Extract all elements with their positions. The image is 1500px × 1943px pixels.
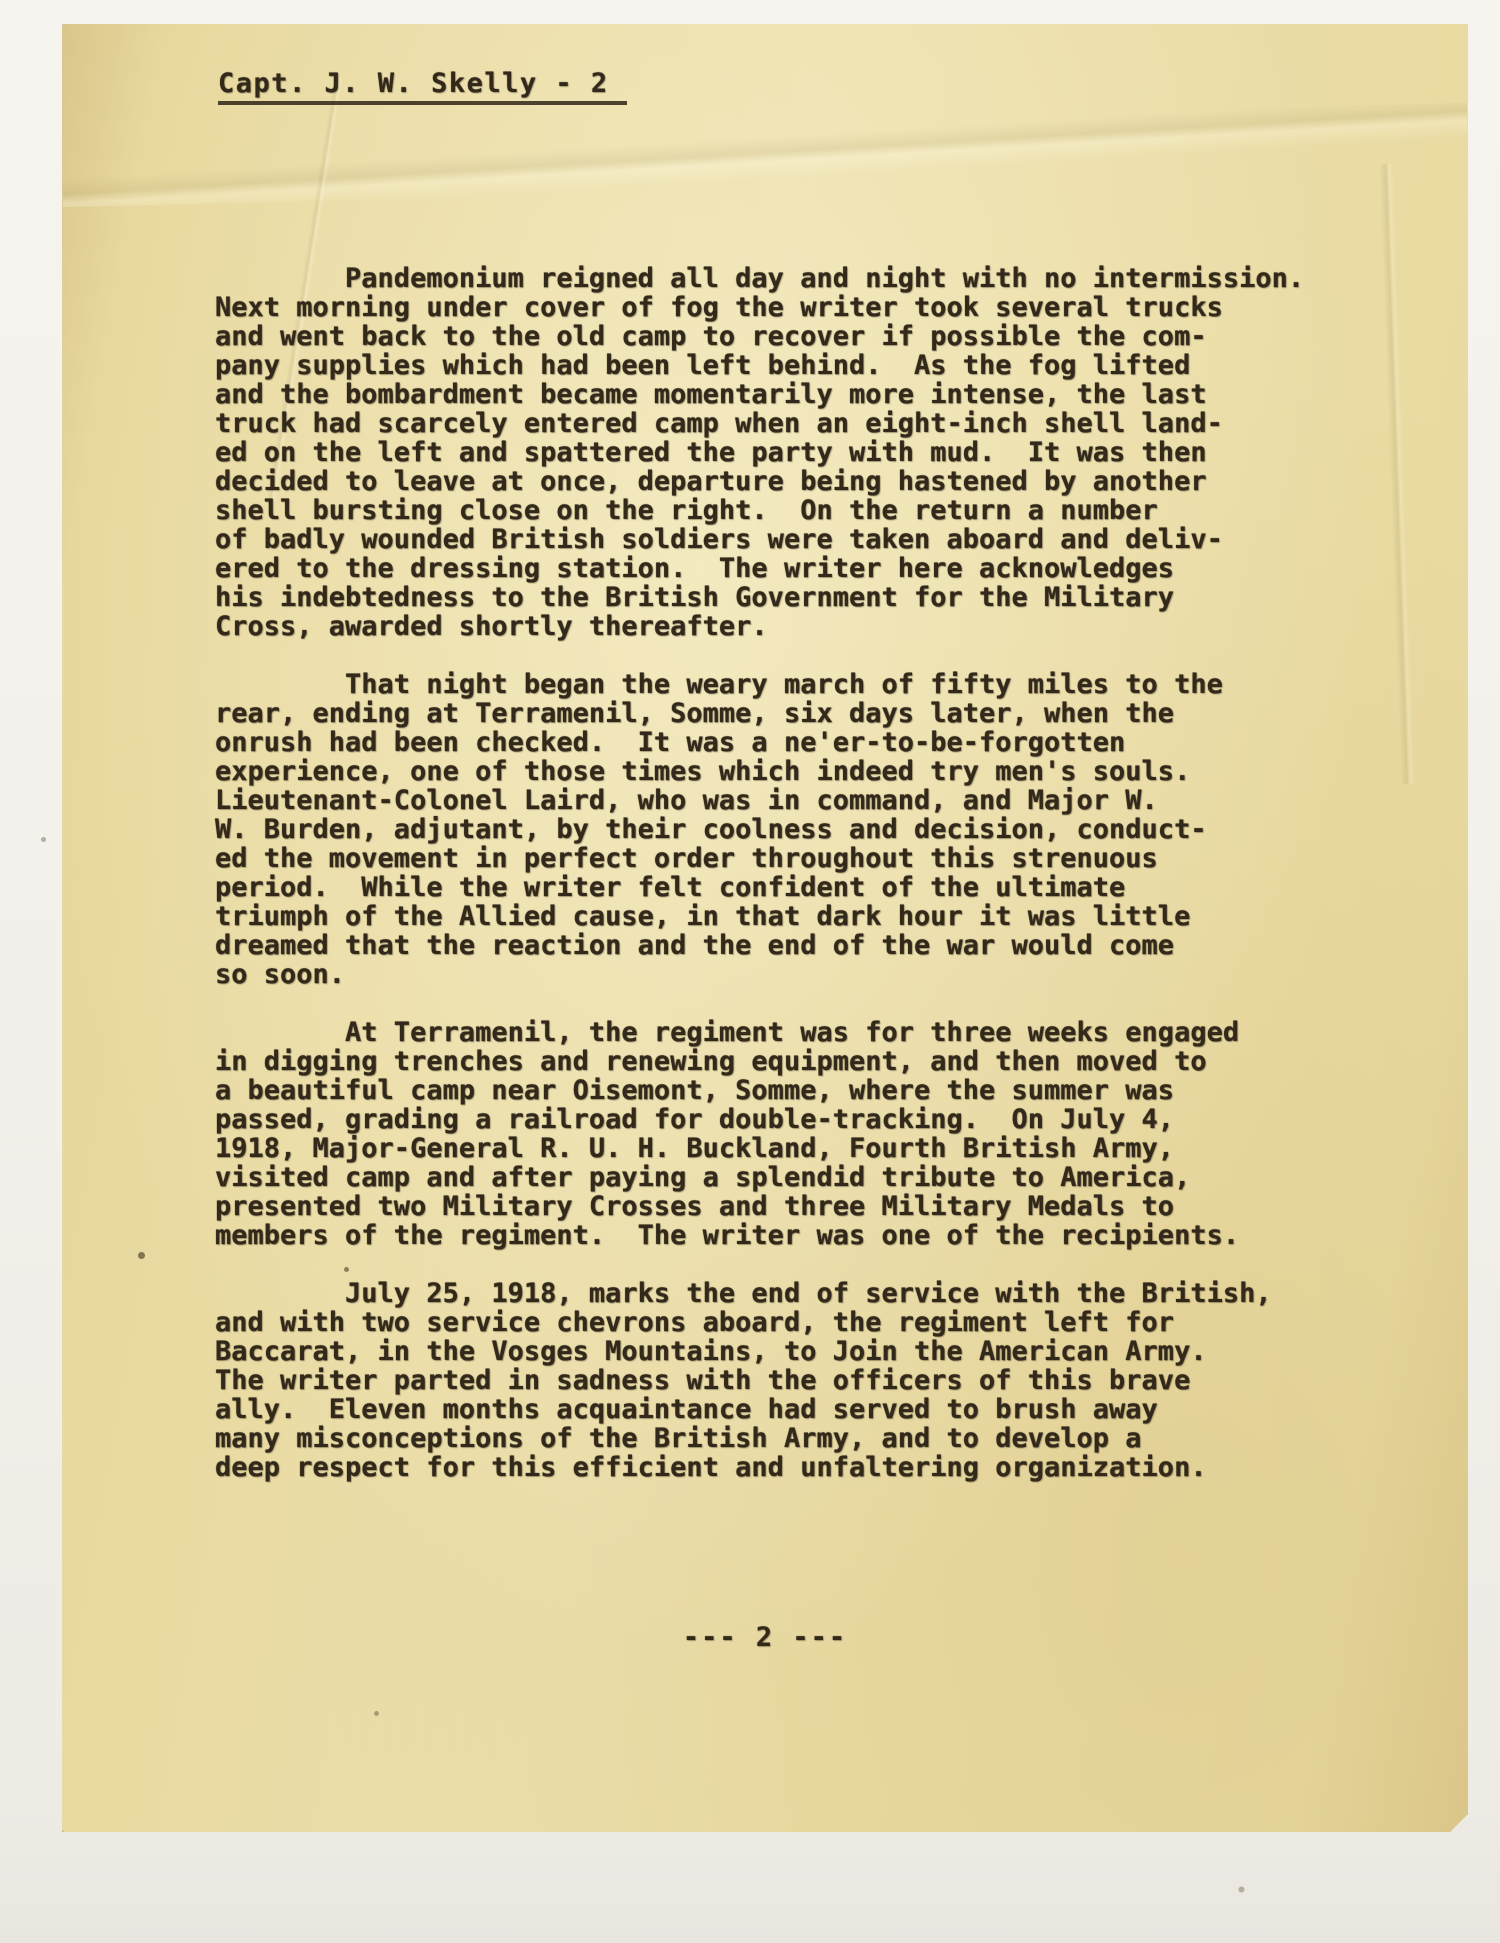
- document-body: Pandemonium reigned all day and night wi…: [215, 264, 1355, 1511]
- paper-crease: [61, 103, 1468, 207]
- paper-crease: [1379, 164, 1415, 784]
- scanner-background: Capt. J. W. Skelly - 2 Pandemonium reign…: [0, 0, 1500, 1943]
- scan-speck: [0, 0, 3, 3]
- paragraph-1: Pandemonium reigned all day and night wi…: [215, 264, 1355, 641]
- page-header: Capt. J. W. Skelly - 2: [218, 68, 627, 105]
- paragraph-3: At Terramenil, the regiment was for thre…: [215, 1018, 1355, 1250]
- page-number: --- 2 ---: [215, 1622, 1315, 1653]
- paragraph-2: That night began the weary march of fift…: [215, 670, 1355, 989]
- paragraph-4: July 25, 1918, marks the end of service …: [215, 1279, 1355, 1482]
- document-page: Capt. J. W. Skelly - 2 Pandemonium reign…: [62, 24, 1468, 1832]
